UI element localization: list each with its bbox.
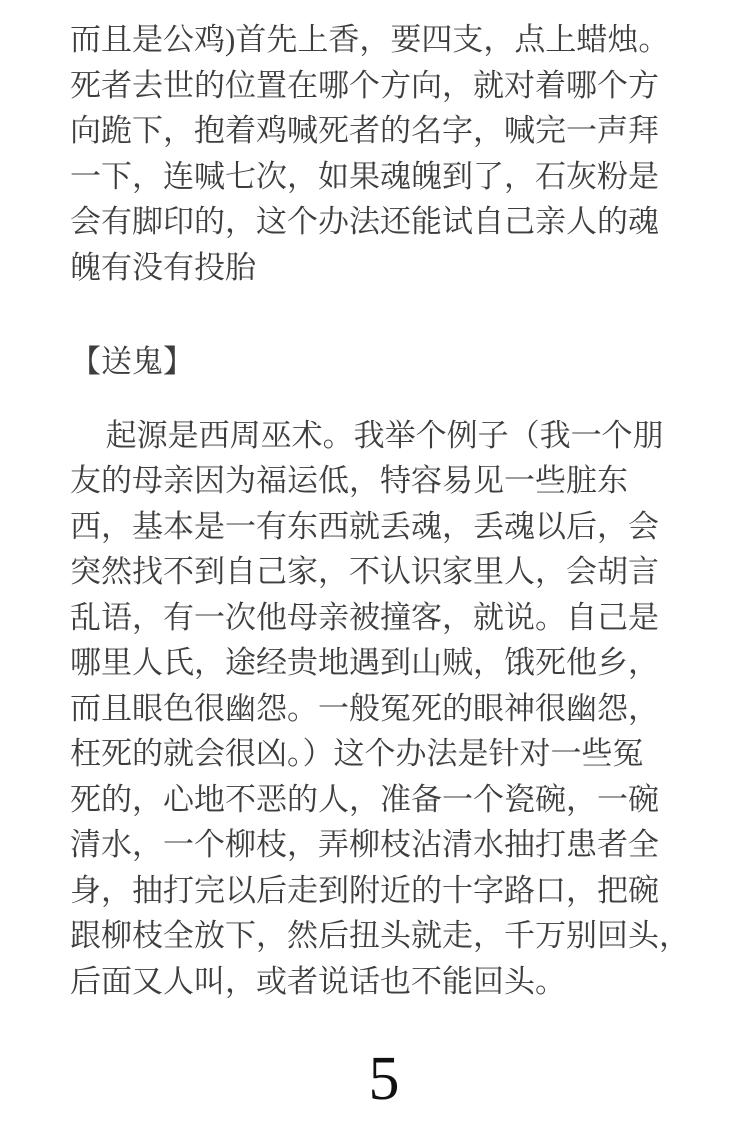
text-line: 乱语，有一次他母亲被撞客，就说。自己是: [70, 595, 698, 641]
text-line: 死者去世的位置在哪个方向，就对着哪个方: [70, 63, 698, 109]
text-line: 会有脚印的，这个办法还能试自己亲人的魂: [70, 199, 698, 245]
document-page: 而且是公鸡)首先上香，要四支，点上蜡烛。死者去世的位置在哪个方向，就对着哪个方向…: [0, 0, 738, 1126]
text-line: 向跪下，抱着鸡喊死者的名字，喊完一声拜: [70, 108, 698, 154]
paragraph-ritual-continuation: 而且是公鸡)首先上香，要四支，点上蜡烛。死者去世的位置在哪个方向，就对着哪个方向…: [70, 17, 698, 290]
text-line: 而且是公鸡)首先上香，要四支，点上蜡烛。: [70, 17, 698, 63]
text-line: 西，基本是一有东西就丢魂，丢魂以后，会: [70, 504, 698, 550]
text-line: 身，抽打完以后走到附近的十字路口，把碗: [70, 868, 698, 914]
text-line: 清水，一个柳枝，弄柳枝沾清水抽打患者全: [70, 822, 698, 868]
text-line: 死的，心地不恶的人，准备一个瓷碗，一碗: [70, 777, 698, 823]
text-line: 而且眼色很幽怨。一般冤死的眼神很幽怨，: [70, 686, 698, 732]
section-heading-send-ghost: 【送鬼】: [70, 339, 698, 385]
paragraph-send-ghost-method: 起源是西周巫术。我举个例子（我一个朋友的母亲因为福运低，特容易见一些脏东西，基本…: [70, 413, 698, 1005]
text-line: 魄有没有投胎: [70, 245, 698, 291]
text-line: 后面又人叫，或者说话也不能回头。: [70, 959, 698, 1005]
text-line: 突然找不到自己家，不认识家里人，会胡言: [70, 549, 698, 595]
text-line: 枉死的就会很凶。）这个办法是针对一些冤: [70, 731, 698, 777]
text-line: 起源是西周巫术。我举个例子（我一个朋: [70, 413, 698, 459]
text-line: 一下，连喊七次，如果魂魄到了，石灰粉是: [70, 154, 698, 200]
text-line: 友的母亲因为福运低，特容易见一些脏东: [70, 458, 698, 504]
text-line: 跟柳枝全放下，然后扭头就走，千万别回头，: [70, 913, 698, 959]
text-line: 哪里人氏，途经贵地遇到山贼，饿死他乡，: [70, 640, 698, 686]
page-number: 5: [70, 1044, 698, 1114]
